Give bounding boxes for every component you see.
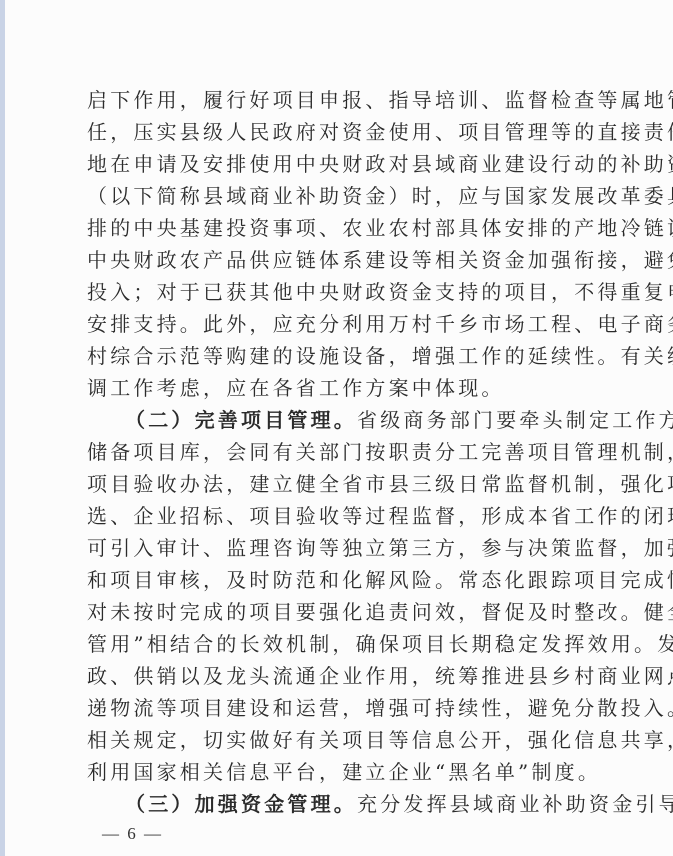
body-line: 安排支持。此外，应充分利用万村千乡市场工程、电子商务进农: [87, 308, 591, 340]
document-body: 启下作用，履行好项目申报、指导培训、监督检查等属地管理责 任，压实县级人民政府对…: [87, 84, 591, 820]
body-line: 储备项目库，会同有关部门按职责分工完善项目管理机制，细化: [87, 436, 591, 468]
body-line: 调工作考虑，应在各省工作方案中体现。: [87, 372, 591, 404]
section-3-first-line-text: 充分发挥县域商业补助资金引导作用，: [357, 792, 673, 816]
body-line: 对未按时完成的项目要强化追责问效，督促及时整改。健全“建: [87, 596, 591, 628]
body-line: 和项目审核，及时防范和化解风险。常态化跟踪项目完成情况，: [87, 564, 591, 596]
body-line: 相关规定，切实做好有关项目等信息公开，强化信息共享，充分: [87, 724, 591, 756]
document-page: 启下作用，履行好项目申报、指导培训、监督检查等属地管理责 任，压实县级人民政府对…: [5, 0, 673, 856]
body-line: （以下简称县域商业补助资金）时，应与国家发展改革委具体安: [87, 180, 591, 212]
body-line: 村综合示范等购建的设施设备，增强工作的延续性。有关统筹协: [87, 340, 591, 372]
section-2-first-line-text: 省级商务部门要牵头制定工作方案和: [357, 408, 673, 432]
page-number: — 6 —: [102, 822, 163, 846]
body-line: 中央财政农产品供应链体系建设等相关资金加强衔接，避免重复: [87, 244, 591, 276]
section-2-first-line: （二）完善项目管理。省级商务部门要牵头制定工作方案和: [87, 404, 591, 436]
section-3-heading: （三）加强资金管理。: [125, 792, 357, 816]
body-line: 政、供销以及龙头流通企业作用，统筹推进县乡村商业网点、快: [87, 660, 591, 692]
body-line: 任，压实县级人民政府对资金使用、项目管理等的直接责任。各: [87, 116, 591, 148]
body-line: 启下作用，履行好项目申报、指导培训、监督检查等属地管理责: [87, 84, 591, 116]
section-3-first-line: （三）加强资金管理。充分发挥县域商业补助资金引导作用，: [87, 788, 591, 820]
body-line: 递物流等项目建设和运营，增强可持续性，避免分散投入。按照: [87, 692, 591, 724]
body-line: 选、企业招标、项目验收等过程监督，形成本省工作的闭环管理。: [87, 500, 591, 532]
body-line: 项目验收办法，建立健全省市县三级日常监督机制，强化项目遴: [87, 468, 591, 500]
body-line: 利用国家相关信息平台，建立企业“黑名单”制度。: [87, 756, 591, 788]
body-line: 投入；对于已获其他中央财政资金支持的项目，不得重复申请或: [87, 276, 591, 308]
body-line: 排的中央基建投资事项、农业农村部具体安排的产地冷链设施、: [87, 212, 591, 244]
body-line: 可引入审计、监理咨询等独立第三方，参与决策监督，加强资金: [87, 532, 591, 564]
section-2-heading: （二）完善项目管理。: [125, 408, 357, 432]
body-line: 地在申请及安排使用中央财政对县域商业建设行动的补助资金: [87, 148, 591, 180]
body-line: 管用”相结合的长效机制，确保项目长期稳定发挥效用。发挥邮: [87, 628, 591, 660]
